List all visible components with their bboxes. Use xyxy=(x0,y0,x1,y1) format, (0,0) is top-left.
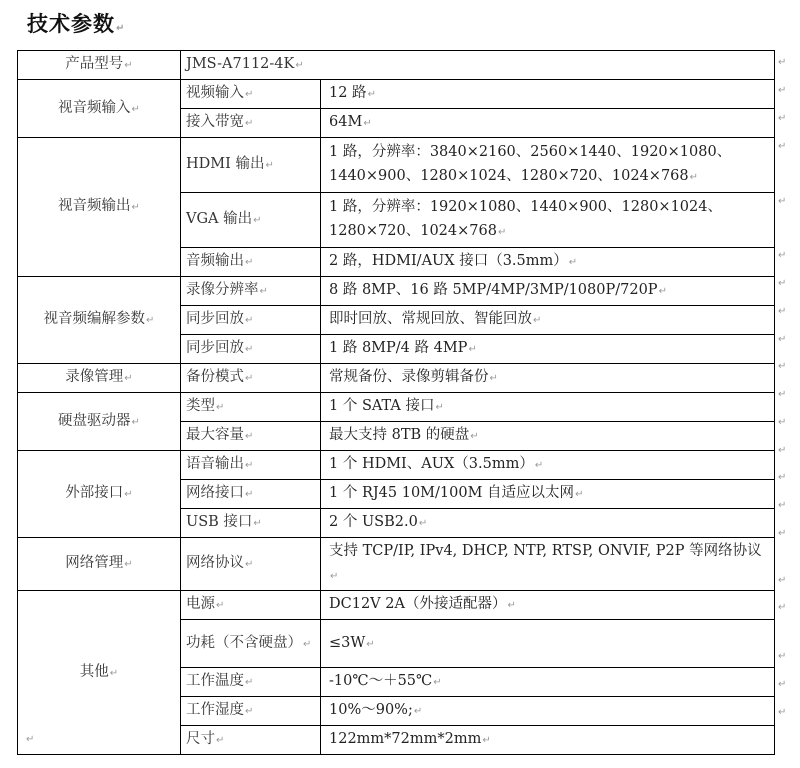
cell-text: 尺寸 xyxy=(186,731,215,747)
cell-text: 产品型号 xyxy=(65,56,123,72)
row-end-mark-icon: ↵ xyxy=(778,141,786,152)
label-cell: 网络接口↵ xyxy=(181,480,321,509)
paragraph-mark-icon: ↵ xyxy=(216,600,224,611)
cell-text: 即时回放、常规回放、智能回放 xyxy=(329,311,532,327)
cell-text: 2 路，HDMI/AUX 接口（3.5mm） xyxy=(329,253,568,269)
label-cell: 类型↵ xyxy=(181,393,321,422)
paragraph-mark-icon: ↵ xyxy=(124,489,132,500)
value-cell: 8 路 8MP、16 路 5MP/4MP/3MP/1080P/720P↵ xyxy=(321,277,775,306)
value-cell: 1 个 HDMI、AUX（3.5mm）↵ xyxy=(321,451,775,480)
category-cell: 视音频输出↵ xyxy=(18,138,181,277)
value-cell: 2 路，HDMI/AUX 接口（3.5mm）↵ xyxy=(321,248,775,277)
paragraph-mark-icon: ↵ xyxy=(245,460,253,471)
label-cell: 语音输出↵ xyxy=(181,451,321,480)
paragraph-mark-icon: ↵ xyxy=(260,286,268,297)
row-end-mark-icon: ↵ xyxy=(778,85,786,96)
value-cell: 支持 TCP/IP, IPv4, DHCP, NTP, RTSP, ONVIF,… xyxy=(321,538,775,591)
category-cell: 录像管理↵ xyxy=(18,364,181,393)
paragraph-mark-icon: ↵ xyxy=(245,489,253,500)
row-end-mark-icon: ↵ xyxy=(778,651,786,662)
row-end-mark-icon: ↵ xyxy=(778,472,786,483)
row-end-mark-icon: ↵ xyxy=(778,575,786,586)
table-row: 网络管理↵ 网络协议↵ 支持 TCP/IP, IPv4, DHCP, NTP, … xyxy=(18,538,775,591)
value-cell: 2 个 USB2.0↵ xyxy=(321,509,775,538)
cell-text: 1 路，分辨率：1920×1080、1440×900、1280×1024、128… xyxy=(329,199,722,239)
cell-text: 视频输入 xyxy=(186,85,244,101)
paragraph-mark-icon: ↵ xyxy=(245,257,253,268)
cell-text: 音频输出 xyxy=(186,253,244,269)
paragraph-mark-icon: ↵ xyxy=(433,677,441,688)
label-cell: 音频输出↵ xyxy=(181,248,321,277)
value-cell: 1 个 RJ45 10M/100M 自适应以太网↵ xyxy=(321,480,775,509)
label-cell: 备份模式↵ xyxy=(181,364,321,393)
category-cell: 视音频输入↵ xyxy=(18,80,181,138)
cell-text: 12 路 xyxy=(329,85,367,101)
cell-text: 1 路 8MP/4 路 4MP xyxy=(329,340,467,356)
value-cell: 122mm*72mm*2mm↵ xyxy=(321,726,775,755)
paragraph-mark-icon: ↵ xyxy=(216,402,224,413)
paragraph-mark-icon: ↵ xyxy=(295,60,303,71)
paragraph-mark-icon: ↵ xyxy=(569,257,577,268)
paragraph-mark-icon: ↵ xyxy=(436,402,444,413)
cell-text: VGA 输出 xyxy=(186,211,252,227)
label-cell: 工作温度↵ xyxy=(181,668,321,697)
paragraph-mark-icon: ↵ xyxy=(368,89,376,100)
cell-text: 网络管理 xyxy=(65,555,123,571)
cell-text: 视音频编解参数 xyxy=(44,311,146,327)
label-cell: 工作湿度↵ xyxy=(181,697,321,726)
paragraph-mark-icon: ↵ xyxy=(146,315,154,326)
row-end-mark-icon: ↵ xyxy=(778,445,786,456)
category-cell: 产品型号↵ xyxy=(18,51,181,80)
value-cell: 即时回放、常规回放、智能回放↵ xyxy=(321,306,775,335)
cell-text: DC12V 2A（外接适配器） xyxy=(329,596,506,612)
paragraph-mark-icon: ↵ xyxy=(659,286,667,297)
paragraph-mark-icon: ↵ xyxy=(468,344,476,355)
value-cell: 1 个 SATA 接口↵ xyxy=(321,393,775,422)
row-end-mark-icon: ↵ xyxy=(778,113,786,124)
label-cell: 录像分辨率↵ xyxy=(181,277,321,306)
row-end-mark-icon: ↵ xyxy=(778,417,786,428)
paragraph-mark-icon: ↵ xyxy=(245,118,253,129)
cell-text: 最大容量 xyxy=(186,427,244,443)
table-row: 硬盘驱动器↵ 类型↵ 1 个 SATA 接口↵ xyxy=(18,393,775,422)
value-cell: 1 路 8MP/4 路 4MP↵ xyxy=(321,335,775,364)
cell-text: 1 个 SATA 接口 xyxy=(329,398,435,414)
table-row: 视音频编解参数↵ 录像分辨率↵ 8 路 8MP、16 路 5MP/4MP/3MP… xyxy=(18,277,775,306)
row-end-mark-icon: ↵ xyxy=(778,250,786,261)
table-row: 视音频输入↵ 视频输入↵ 12 路↵ xyxy=(18,80,775,109)
spec-table: 产品型号↵ JMS-A7112-4K↵ 视音频输入↵ 视频输入↵ 12 路↵ 接… xyxy=(17,50,775,755)
paragraph-mark-icon: ↵ xyxy=(245,431,253,442)
value-cell: 1 路，分辨率：1920×1080、1440×900、1280×1024、128… xyxy=(321,193,775,248)
category-cell: 其他↵ xyxy=(18,591,181,755)
category-cell: 硬盘驱动器↵ xyxy=(18,393,181,451)
label-cell: 尺寸↵ xyxy=(181,726,321,755)
paragraph-mark-icon: ↵ xyxy=(470,431,478,442)
paragraph-mark-icon: ↵ xyxy=(110,668,118,679)
cell-text: 1 个 RJ45 10M/100M 自适应以太网 xyxy=(329,485,574,501)
paragraph-mark-icon: ↵ xyxy=(482,735,490,746)
label-cell: VGA 输出↵ xyxy=(181,193,321,248)
cell-text: 功耗（不含硬盘） xyxy=(186,635,302,651)
cell-text: 网络协议 xyxy=(186,555,244,571)
label-cell: 电源↵ xyxy=(181,591,321,620)
paragraph-mark-icon: ↵ xyxy=(575,489,583,500)
cell-text: 工作温度 xyxy=(186,673,244,689)
cell-text: 视音频输出 xyxy=(58,198,131,214)
document-title: 技术参数↵ xyxy=(27,8,125,38)
cell-text: 备份模式 xyxy=(186,369,244,385)
paragraph-mark-icon: ↵ xyxy=(330,571,338,582)
paragraph-mark-icon: ↵ xyxy=(265,160,273,171)
cell-text: 8 路 8MP、16 路 5MP/4MP/3MP/1080P/720P xyxy=(329,282,658,298)
cell-text: 工作湿度 xyxy=(186,702,244,718)
label-cell: 接入带宽↵ xyxy=(181,109,321,138)
label-cell: USB 接口↵ xyxy=(181,509,321,538)
table-row: 外部接口↵ 语音输出↵ 1 个 HDMI、AUX（3.5mm）↵ xyxy=(18,451,775,480)
value-cell: 1 路，分辨率：3840×2160、2560×1440、1920×1080、14… xyxy=(321,138,775,193)
value-cell: -10℃～＋55℃↵ xyxy=(321,668,775,697)
label-cell: 功耗（不含硬盘）↵ xyxy=(181,620,321,668)
cell-text: 最大支持 8TB 的硬盘 xyxy=(329,427,469,443)
row-end-mark-icon: ↵ xyxy=(778,361,786,372)
row-end-mark-icon: ↵ xyxy=(778,528,786,539)
cell-text: 录像管理 xyxy=(65,369,123,385)
cell-text: 录像分辨率 xyxy=(186,282,259,298)
cell-text: 2 个 USB2.0 xyxy=(329,514,418,530)
paragraph-mark-icon: ↵ xyxy=(253,215,261,226)
paragraph-mark-icon: ↵ xyxy=(245,344,253,355)
paragraph-mark-icon: ↵ xyxy=(124,373,132,384)
label-cell: 网络协议↵ xyxy=(181,538,321,591)
cell-text: 语音输出 xyxy=(186,456,244,472)
paragraph-mark-icon: ↵ xyxy=(245,89,253,100)
label-cell: 同步回放↵ xyxy=(181,306,321,335)
paragraph-mark-icon: ↵ xyxy=(535,460,543,471)
cell-text: 1 个 HDMI、AUX（3.5mm） xyxy=(329,456,534,472)
table-row: 录像管理↵ 备份模式↵ 常规备份、录像剪辑备份↵ xyxy=(18,364,775,393)
model-value-cell: JMS-A7112-4K↵ xyxy=(181,51,775,80)
value-cell: 12 路↵ xyxy=(321,80,775,109)
cell-text: 10%～90%; xyxy=(329,702,413,718)
table-row: 视音频输出↵ HDMI 输出↵ 1 路，分辨率：3840×2160、2560×1… xyxy=(18,138,775,193)
paragraph-mark-icon: ↵ xyxy=(245,315,253,326)
row-end-mark-icon: ↵ xyxy=(778,602,786,613)
value-cell: 最大支持 8TB 的硬盘↵ xyxy=(321,422,775,451)
paragraph-mark-icon: ↵ xyxy=(132,417,140,428)
row-end-mark-icon: ↵ xyxy=(778,679,786,690)
category-cell: 网络管理↵ xyxy=(18,538,181,591)
row-end-mark-icon: ↵ xyxy=(778,57,786,68)
row-end-mark-icon: ↵ xyxy=(778,196,786,207)
cell-text: -10℃～＋55℃ xyxy=(329,673,432,689)
paragraph-mark-icon: ↵ xyxy=(26,734,34,745)
cell-text: 硬盘驱动器 xyxy=(58,413,131,429)
paragraph-mark-icon: ↵ xyxy=(216,735,224,746)
cell-text: 其他 xyxy=(80,664,109,680)
cell-text: HDMI 输出 xyxy=(186,156,264,172)
paragraph-mark-icon: ↵ xyxy=(363,118,371,129)
label-cell: 同步回放↵ xyxy=(181,335,321,364)
paragraph-mark-icon: ↵ xyxy=(124,60,132,71)
label-cell: HDMI 输出↵ xyxy=(181,138,321,193)
label-cell: 视频输入↵ xyxy=(181,80,321,109)
cell-text: 类型 xyxy=(186,398,215,414)
category-cell: 视音频编解参数↵ xyxy=(18,277,181,364)
paragraph-mark-icon: ↵ xyxy=(419,518,427,529)
cell-text: 视音频输入 xyxy=(58,100,131,116)
category-cell: 外部接口↵ xyxy=(18,451,181,538)
paragraph-mark-icon: ↵ xyxy=(303,639,311,650)
row-end-mark-icon: ↵ xyxy=(778,389,786,400)
value-cell: DC12V 2A（外接适配器）↵ xyxy=(321,591,775,620)
label-cell: 最大容量↵ xyxy=(181,422,321,451)
paragraph-mark-icon: ↵ xyxy=(245,373,253,384)
row-end-mark-icon: ↵ xyxy=(778,707,786,718)
cell-text: 1 路，分辨率：3840×2160、2560×1440、1920×1080、14… xyxy=(329,144,731,184)
value-cell: 10%～90%;↵ xyxy=(321,697,775,726)
paragraph-mark-icon: ↵ xyxy=(245,559,253,570)
paragraph-mark-icon: ↵ xyxy=(414,706,422,717)
paragraph-mark-icon: ↵ xyxy=(253,518,261,529)
cell-text: USB 接口 xyxy=(186,514,252,530)
cell-text: 外部接口 xyxy=(65,485,123,501)
cell-text: 电源 xyxy=(186,596,215,612)
paragraph-mark-icon: ↵ xyxy=(490,373,498,384)
table-row: 其他↵ 电源↵ DC12V 2A（外接适配器）↵ xyxy=(18,591,775,620)
cell-text: 同步回放 xyxy=(186,340,244,356)
paragraph-mark-icon: ↵ xyxy=(507,600,515,611)
row-end-mark-icon: ↵ xyxy=(778,306,786,317)
value-cell: 64M↵ xyxy=(321,109,775,138)
cell-text: ≤3W xyxy=(329,635,365,651)
cell-text: 64M xyxy=(329,114,362,130)
cell-text: 支持 TCP/IP, IPv4, DHCP, NTP, RTSP, ONVIF,… xyxy=(329,543,762,559)
paragraph-mark-icon: ↵ xyxy=(132,104,140,115)
paragraph-mark-icon: ↵ xyxy=(116,23,125,34)
paragraph-mark-icon: ↵ xyxy=(245,706,253,717)
cell-text: 网络接口 xyxy=(186,485,244,501)
paragraph-mark-icon: ↵ xyxy=(690,172,698,183)
cell-text: 常规备份、录像剪辑备份 xyxy=(329,369,489,385)
row-end-mark-icon: ↵ xyxy=(778,500,786,511)
cell-text: JMS-A7112-4K xyxy=(186,56,294,72)
paragraph-mark-icon: ↵ xyxy=(498,227,506,238)
row-end-mark-icon: ↵ xyxy=(778,334,786,345)
value-cell: 常规备份、录像剪辑备份↵ xyxy=(321,364,775,393)
title-text: 技术参数 xyxy=(27,12,115,36)
paragraph-mark-icon: ↵ xyxy=(533,315,541,326)
paragraph-mark-icon: ↵ xyxy=(245,677,253,688)
cell-text: 接入带宽 xyxy=(186,114,244,130)
table-row-model: 产品型号↵ JMS-A7112-4K↵ xyxy=(18,51,775,80)
paragraph-mark-icon: ↵ xyxy=(124,559,132,570)
row-end-mark-icon: ↵ xyxy=(778,278,786,289)
paragraph-mark-icon: ↵ xyxy=(132,202,140,213)
cell-text: 122mm*72mm*2mm xyxy=(329,731,481,747)
paragraph-mark-icon: ↵ xyxy=(366,639,374,650)
cell-text: 同步回放 xyxy=(186,311,244,327)
value-cell: ≤3W↵ xyxy=(321,620,775,668)
